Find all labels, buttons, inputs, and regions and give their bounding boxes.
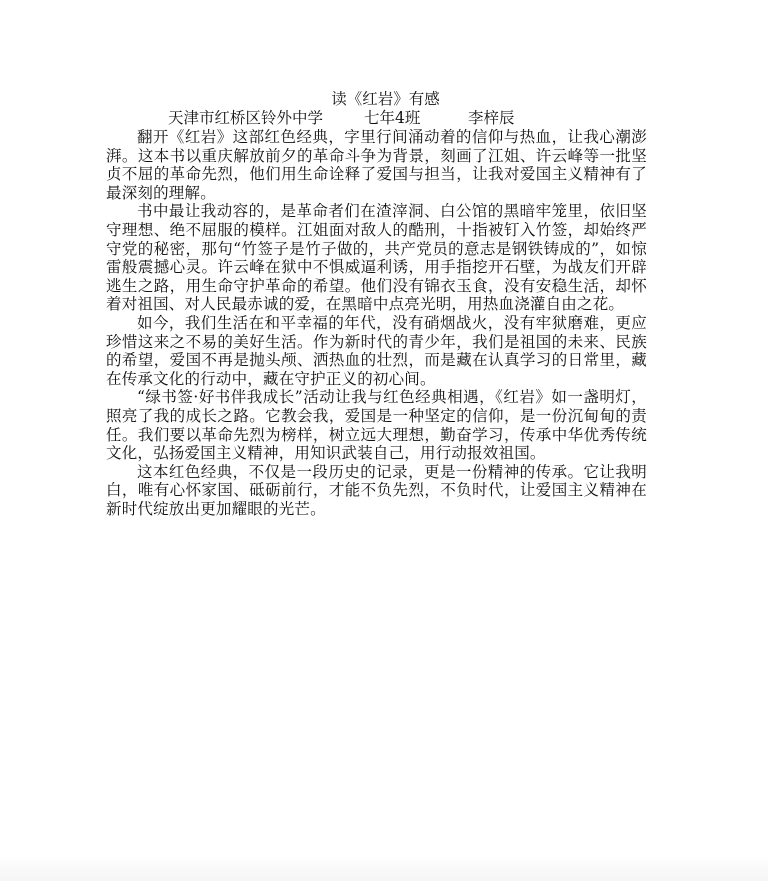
byline: 天津市红桥区铃外中学七年4班李梓辰 [106, 109, 647, 128]
paragraph-3: 如今，我们生活在和平幸福的年代，没有硝烟战火，没有牢狱磨难，更应珍惜这来之不易的… [106, 314, 647, 388]
paragraph-1: 翻开《红岩》这部红色经典，字里行间涌动着的信仰与热血，让我心潮澎湃。这本书以重庆… [106, 128, 647, 202]
document-page: 读《红岩》有感 天津市红桥区铃外中学七年4班李梓辰 翻开《红岩》这部红色经典，字… [106, 90, 647, 518]
byline-class: 七年4班 [333, 109, 437, 128]
paragraph-2: 书中最让我动容的，是革命者们在渣滓洞、白公馆的黑暗牢笼里，依旧坚守理想、绝不屈服… [106, 202, 647, 314]
byline-school: 天津市红桥区铃外中学 [137, 109, 333, 128]
byline-author: 李梓辰 [437, 109, 515, 128]
document-title: 读《红岩》有感 [106, 90, 647, 109]
page-bottom-shadow [0, 855, 768, 881]
paragraph-5: 这本红色经典，不仅是一段历史的记录，更是一份精神的传承。它让我明白，唯有心怀家国… [106, 463, 647, 519]
paragraph-4: “绿书签·好书伴我成长”活动让我与红色经典相遇，《红岩》如一盏明灯，照亮了我的成… [106, 388, 647, 462]
